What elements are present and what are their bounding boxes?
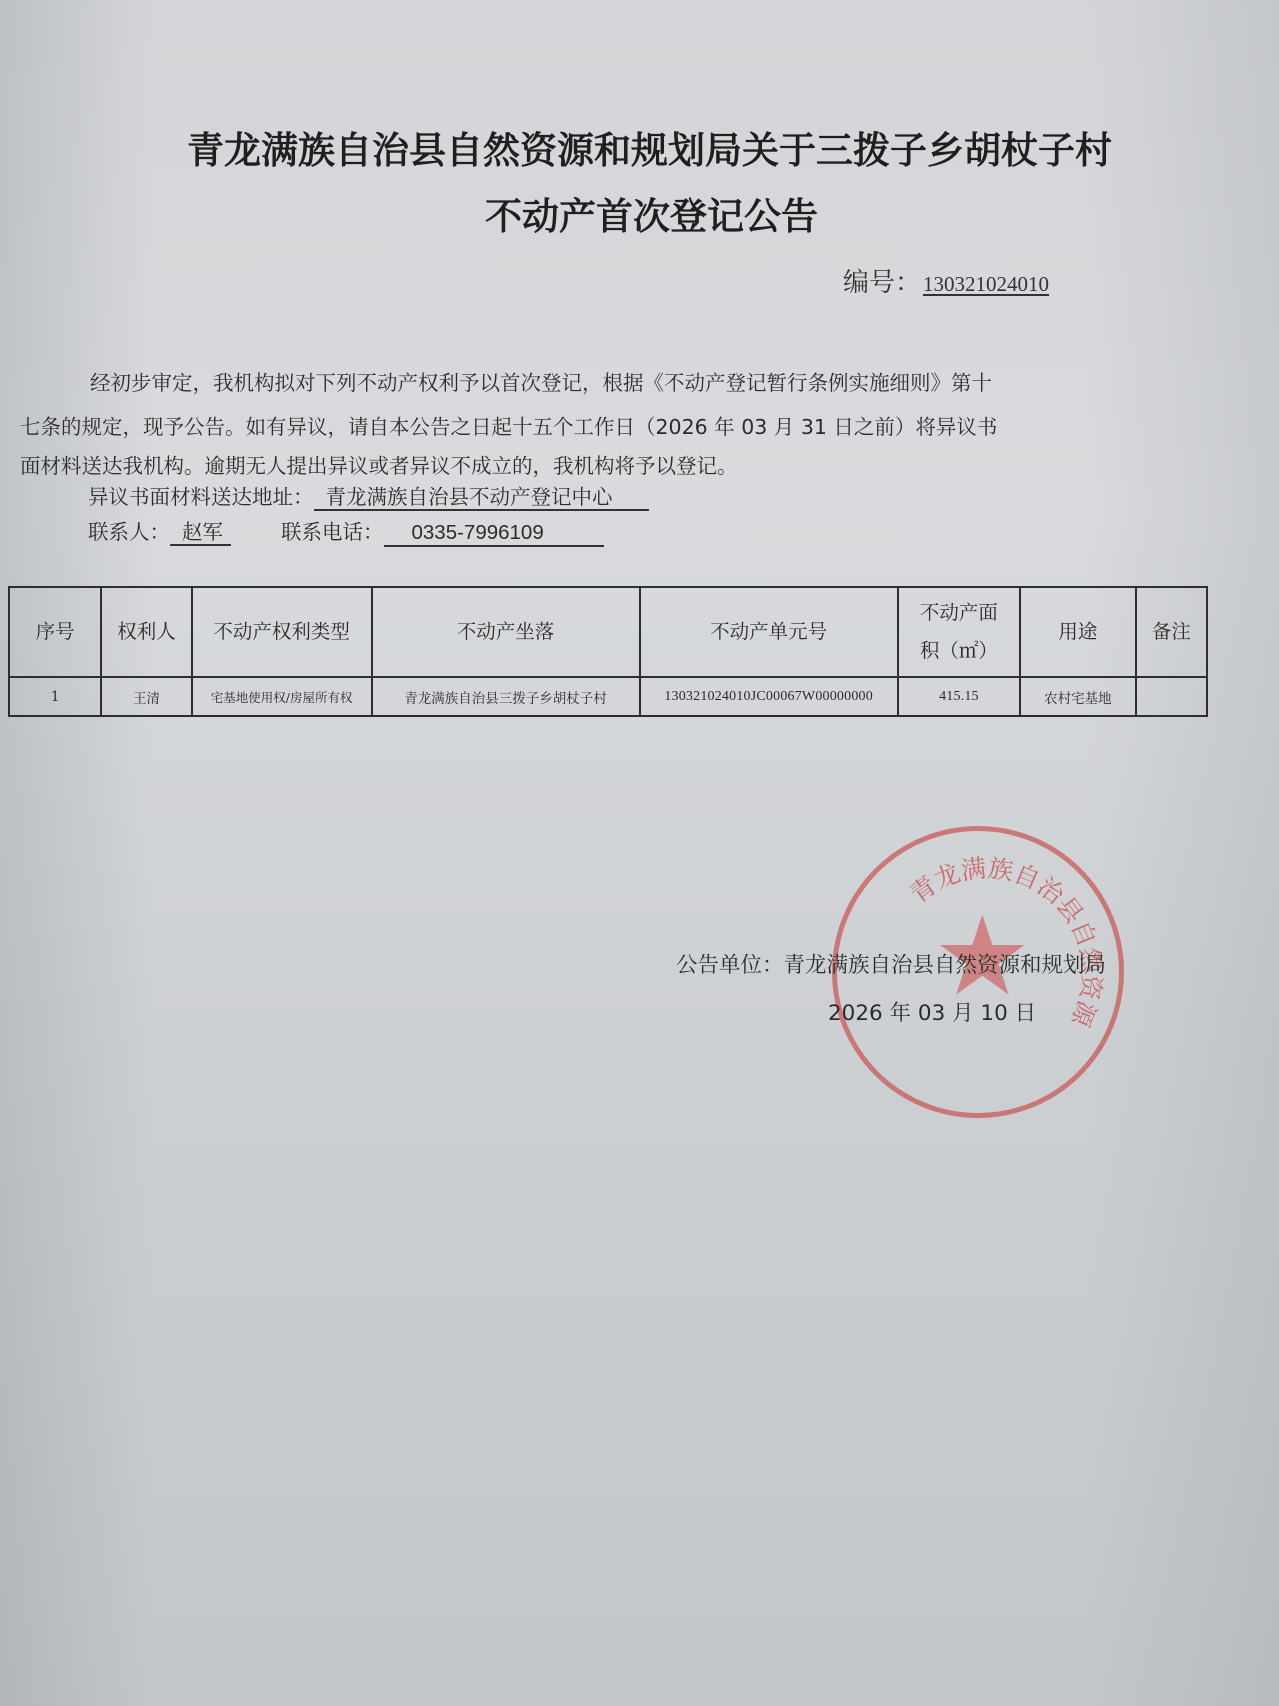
header-area-line-1: 不动产面 bbox=[920, 601, 998, 624]
contact-row: 联系人：赵军联系电话：0335-7996109 bbox=[88, 515, 604, 547]
phone-label: 联系电话： bbox=[281, 520, 384, 544]
cell-right-type: 宅基地使用权/房屋所有权 bbox=[192, 677, 372, 716]
cell-index: 1 bbox=[9, 677, 101, 716]
body-line-3: 面材料送达我机构。逾期无人提出异议或者异议不成立的，我机构将予以登记。 bbox=[20, 449, 738, 479]
registration-table: 序号 权利人 不动产权利类型 不动产坐落 不动产单元号 不动产面积（㎡） 用途 … bbox=[8, 586, 1208, 717]
issuer-label: 公告单位： bbox=[676, 953, 784, 978]
phone-number: 0335-7996109 bbox=[384, 521, 604, 547]
title-line-2: 不动产首次登记公告 bbox=[12, 186, 1279, 240]
header-remarks: 备注 bbox=[1136, 587, 1207, 677]
cell-remarks bbox=[1136, 677, 1207, 716]
objection-address-label: 异议书面材料送达地址： bbox=[88, 485, 314, 509]
body-line-1: 经初步审定，我机构拟对下列不动产权利予以首次登记，根据《不动产登记暂行条例实施细… bbox=[90, 366, 992, 396]
contact-label: 联系人： bbox=[88, 520, 170, 544]
header-location: 不动产坐落 bbox=[372, 587, 640, 677]
objection-address-row: 异议书面材料送达地址：青龙满族自治县不动产登记中心 bbox=[88, 480, 649, 511]
contact-name: 赵军 bbox=[170, 520, 231, 546]
cell-location: 青龙满族自治县三拨子乡胡杖子村 bbox=[372, 677, 640, 716]
table-row: 1 王清 宅基地使用权/房屋所有权 青龙满族自治县三拨子乡胡杖子村 130321… bbox=[9, 677, 1207, 716]
header-usage: 用途 bbox=[1020, 587, 1135, 677]
title-line-1: 青龙满族自治县自然资源和规划局关于三拨子乡胡杖子村 bbox=[10, 120, 1279, 174]
issuer-name: 青龙满族自治县自然资源和规划局 bbox=[784, 953, 1107, 978]
table-header-row: 序号 权利人 不动产权利类型 不动产坐落 不动产单元号 不动产面积（㎡） 用途 … bbox=[9, 587, 1207, 677]
header-area-line-2: 积（㎡） bbox=[920, 639, 998, 662]
issue-date: 2026 年 03 月 10 日 bbox=[828, 996, 1036, 1027]
header-owner: 权利人 bbox=[101, 587, 191, 677]
header-index: 序号 bbox=[9, 587, 101, 677]
header-right-type: 不动产权利类型 bbox=[192, 587, 372, 677]
cell-area: 415.15 bbox=[898, 677, 1021, 716]
header-unit-number: 不动产单元号 bbox=[640, 587, 898, 677]
serial-number: 130321024010 bbox=[923, 272, 1049, 296]
cell-unit-number: 130321024010JC00067W00000000 bbox=[640, 677, 898, 716]
cell-usage: 农村宅基地 bbox=[1020, 677, 1135, 716]
serial-number-block: 编号：130321024010 bbox=[843, 262, 1049, 299]
body-line-2: 七条的规定，现予公告。如有异议，请自本公告之日起十五个工作日（2026 年 03… bbox=[20, 410, 997, 440]
issuer-row: 公告单位：青龙满族自治县自然资源和规划局 bbox=[676, 948, 1106, 979]
header-area: 不动产面积（㎡） bbox=[898, 587, 1021, 677]
serial-label: 编号： bbox=[843, 268, 921, 298]
objection-address: 青龙满族自治县不动产登记中心 bbox=[314, 485, 649, 511]
cell-owner: 王清 bbox=[101, 677, 191, 716]
